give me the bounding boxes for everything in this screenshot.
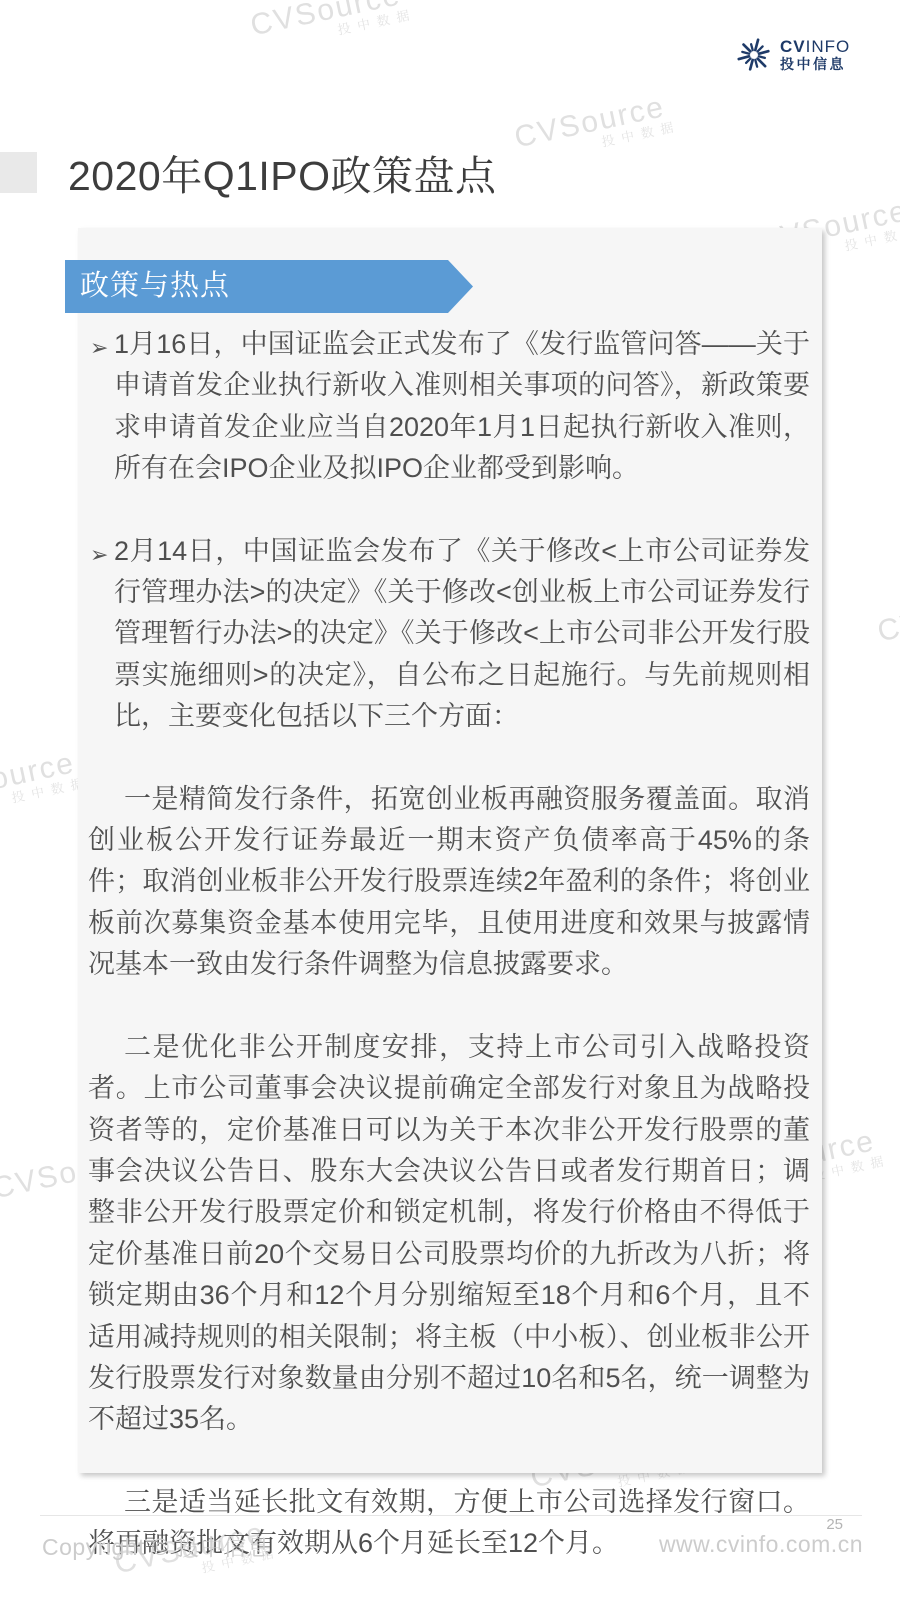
watermark-subtext: 投中数据	[810, 1153, 891, 1183]
website-link[interactable]: www.cvinfo.com.cn	[659, 1531, 863, 1558]
copyright-text: Copyright © 投中信息	[42, 1529, 270, 1562]
watermark-subtext: 投中数据	[600, 119, 681, 149]
watermark-text: CVSource	[0, 746, 89, 809]
cvinfo-logo-cn: 投中信息	[780, 57, 850, 72]
cvsource-watermark: CVSource 投中数据	[512, 90, 682, 167]
cvinfo-logo-text: CVINFO 投中信息	[780, 38, 850, 72]
watermark-text: CVSource	[248, 0, 415, 41]
footer-divider	[40, 1515, 862, 1516]
bullet-arrow-icon: ➢	[88, 531, 114, 738]
bullet-text: 2月14日，中国证监会发布了《关于修改<上市公司证券发行管理办法>的决定》《关于…	[114, 531, 810, 738]
bullet-text: 1月16日，中国证监会正式发布了《发行监管问答——关于申请首发企业执行新收入准则…	[114, 324, 810, 490]
policy-paragraph: 二是优化非公开制度安排，支持上市公司引入战略投资者。上市公司董事会决议提前确定全…	[88, 1027, 810, 1441]
policy-bullet-item: ➢ 2月14日，中国证监会发布了《关于修改<上市公司证券发行管理办法>的决定》《…	[88, 531, 810, 738]
watermark-subtext: 投中数据	[843, 223, 900, 253]
section-banner-label: 政策与热点	[65, 260, 473, 313]
bullet-arrow-icon: ➢	[88, 324, 114, 490]
cvinfo-logo-en: CVINFO	[780, 38, 850, 55]
cvinfo-logo: CVINFO 投中信息	[735, 36, 850, 74]
section-banner-arrow: 政策与热点	[65, 260, 473, 313]
policy-paragraph: 一是精简发行条件，拓宽创业板再融资服务覆盖面。取消创业板公开发行证券最近一期末资…	[88, 779, 810, 986]
policy-bullet-item: ➢ 1月16日，中国证监会正式发布了《发行监管问答——关于申请首发企业执行新收入…	[88, 324, 810, 490]
report-page: CVSource 投中数据 CVSource 投中数据 CVSource 投中数…	[0, 0, 900, 1600]
watermark-text: CVSource	[875, 584, 900, 647]
watermark-text: CVSource	[512, 90, 679, 153]
cvinfo-starburst-icon	[735, 36, 773, 74]
page-title: 2020年Q1IPO政策盘点	[68, 148, 497, 204]
policy-text-block: ➢ 1月16日，中国证监会正式发布了《发行监管问答——关于申请首发企业执行新收入…	[88, 324, 810, 1565]
cvsource-watermark: CVSource 投中数据	[248, 0, 418, 55]
cvsource-watermark: CVSource 投中数据	[875, 584, 900, 661]
watermark-subtext: 投中数据	[336, 7, 417, 37]
title-decoration-square	[0, 152, 37, 193]
